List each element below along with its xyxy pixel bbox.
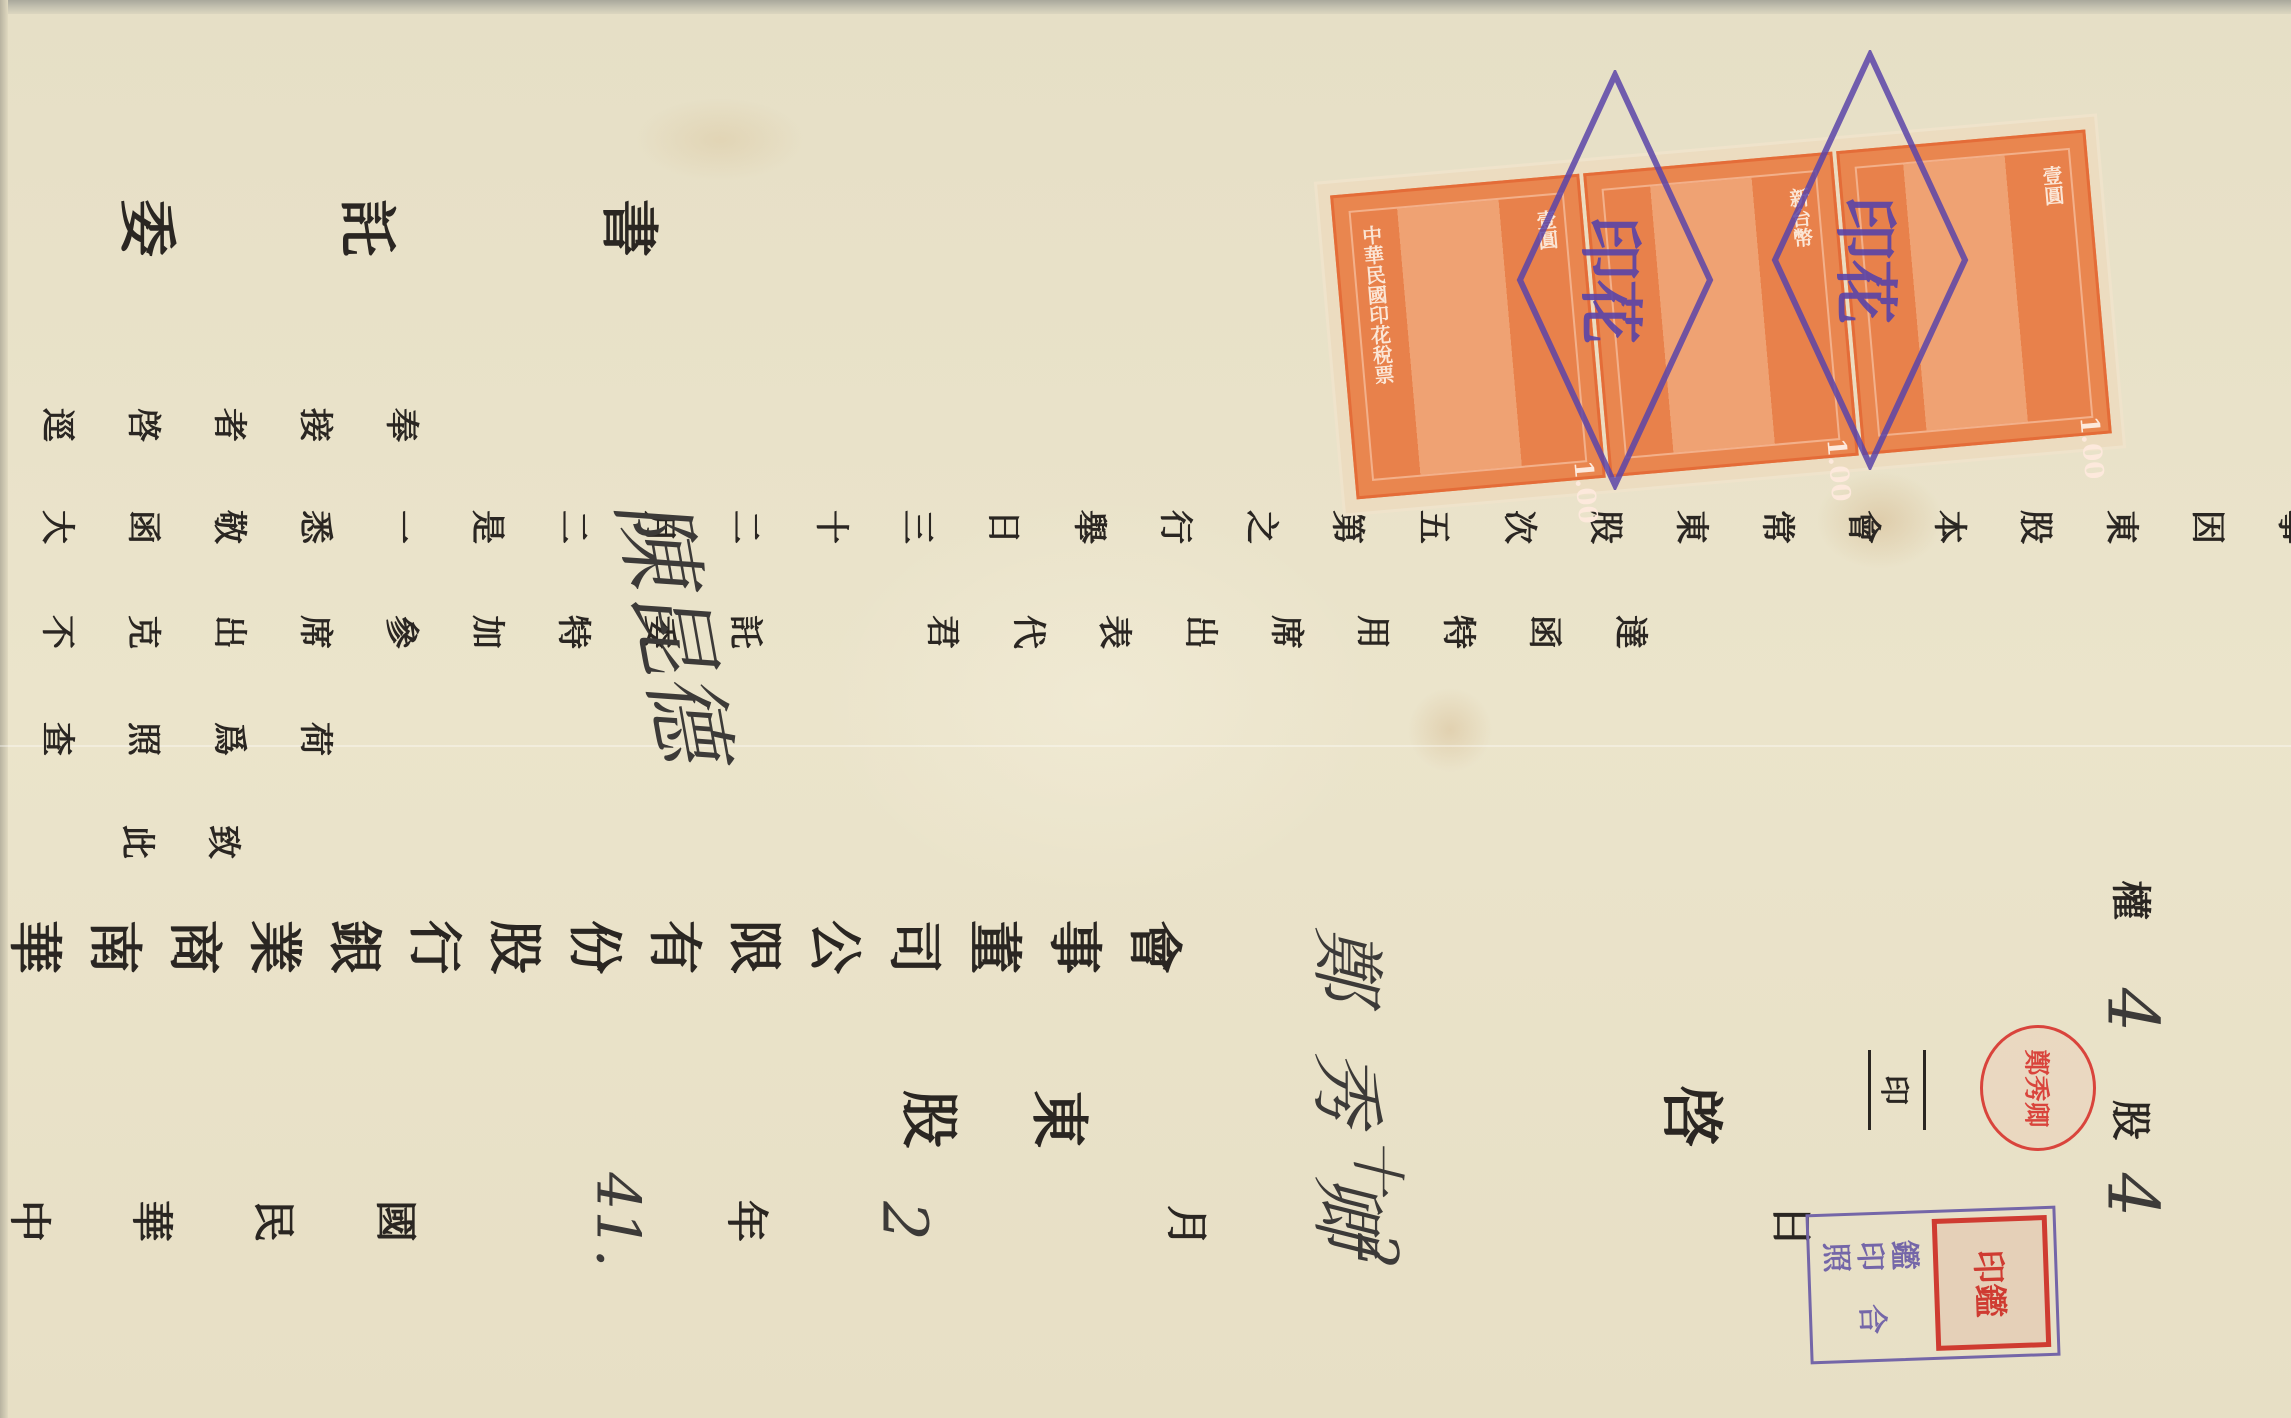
body-char: 克 xyxy=(126,615,160,649)
date-year: 41. xyxy=(588,1172,648,1267)
body-char: 事 xyxy=(2276,510,2291,544)
body-char: 不 xyxy=(40,615,74,649)
body-char: 啓 xyxy=(126,408,160,442)
body-row-3-continued: 君代表出席用特函達 xyxy=(925,615,1647,649)
addressee-char: 股 xyxy=(488,920,542,974)
addressee-char: 有 xyxy=(648,920,702,974)
body-char: 日 xyxy=(986,510,1020,544)
body-char: 舉 xyxy=(1072,510,1106,544)
shares-value: 4 xyxy=(2097,1173,2167,1218)
body-row-2: 大函敬悉一是二月二十三日舉行之第五次股東常會本股東因事 xyxy=(40,510,2291,544)
body-row-5: 此致 xyxy=(120,825,240,859)
body-row-1: 逕啓者接奉 xyxy=(40,408,418,442)
body-char: 加 xyxy=(470,615,504,649)
scan-top-edge xyxy=(0,0,2291,14)
body-char: 二 xyxy=(728,510,762,544)
body-char: 會 xyxy=(1846,510,1880,544)
addressee-char: 司 xyxy=(888,920,942,974)
addressee-char: 商 xyxy=(168,920,222,974)
addressee-char: 公 xyxy=(808,920,862,974)
body-char: 股 xyxy=(2018,510,2052,544)
body-char: 託 xyxy=(728,615,762,649)
body-char: 三 xyxy=(900,510,934,544)
title-char: 書 xyxy=(600,199,658,257)
red-seal-text: 印鑑 xyxy=(1966,1248,2017,1318)
addressee-char: 行 xyxy=(408,920,462,974)
era-char: 華 xyxy=(130,1200,172,1242)
era-char: 民 xyxy=(252,1200,294,1242)
body-char: 用 xyxy=(1355,615,1389,649)
cancel-mark: 印花 xyxy=(1770,50,1970,470)
body-char: 荷 xyxy=(298,722,332,756)
body-char: 行 xyxy=(1158,510,1192,544)
shares-label: 股 xyxy=(2110,1100,2150,1140)
body-char: 次 xyxy=(1502,510,1536,544)
body-char: 因 xyxy=(2190,510,2224,544)
fold-line xyxy=(0,745,2291,747)
addressee-char: 董 xyxy=(968,920,1022,974)
body-char: 席 xyxy=(298,615,332,649)
stamp-value: 1.00 xyxy=(2073,415,2108,481)
addressee-char: 事 xyxy=(1048,920,1102,974)
seal-box-label: 印 xyxy=(1875,1075,1919,1105)
body-char: 之 xyxy=(1244,510,1278,544)
votes-label: 權 xyxy=(2110,880,2150,920)
date-month: 2 xyxy=(874,1201,936,1240)
seal-label-char: 合 xyxy=(1853,1303,1898,1335)
body-char: 二 xyxy=(556,510,590,544)
body-char: 函 xyxy=(126,510,160,544)
addressee-char: 南 xyxy=(88,920,142,974)
body-char: 出 xyxy=(212,615,246,649)
body-char: 接 xyxy=(298,408,332,442)
body-char: 逕 xyxy=(40,408,74,442)
seal-box: 印 xyxy=(1868,1050,1926,1130)
votes-value: 4 xyxy=(2097,988,2167,1033)
body-char: 東 xyxy=(1674,510,1708,544)
body-char: 第 xyxy=(1330,510,1364,544)
body-char: 席 xyxy=(1269,615,1303,649)
verification-seal-label: 照 印 鑑 合 xyxy=(1817,1223,1931,1352)
body-char: 本 xyxy=(1932,510,1966,544)
body-char: 常 xyxy=(1760,510,1794,544)
addressee-char: 業 xyxy=(248,920,302,974)
body-char: 君 xyxy=(925,615,959,649)
stamp-denomination: 壹圓 xyxy=(2036,164,2068,206)
era-char: 中 xyxy=(8,1200,50,1242)
date-month-label: 月 xyxy=(1165,1205,1207,1247)
closing-char: 啓 xyxy=(1660,1085,1722,1147)
shareholder-label-char: 股 xyxy=(900,1090,958,1148)
body-char: 查 xyxy=(40,722,74,756)
round-seal-text: 鄭秀卿 xyxy=(2019,1049,2056,1127)
body-char: 悉 xyxy=(298,510,332,544)
body-char: 此 xyxy=(120,825,154,859)
body-char: 照 xyxy=(126,722,160,756)
addressee-char: 銀 xyxy=(328,920,382,974)
era-char: 國 xyxy=(374,1200,416,1242)
title-char: 委 xyxy=(118,199,176,257)
body-char: 特 xyxy=(1441,615,1475,649)
seal-label-char: 鑑 xyxy=(1884,1239,1929,1271)
date-era: 中華民國 xyxy=(8,1200,416,1242)
body-char: 一 xyxy=(384,510,418,544)
cancel-mark-text: 印花 xyxy=(1569,216,1661,344)
body-char: 五 xyxy=(1416,510,1450,544)
addressee-char: 會 xyxy=(1128,920,1182,974)
body-char: 奉 xyxy=(384,408,418,442)
cancel-mark-text: 印花 xyxy=(1824,196,1916,324)
round-red-seal: 鄭秀卿 xyxy=(1980,1025,2096,1151)
body-char: 出 xyxy=(1183,615,1217,649)
body-char: 十 xyxy=(814,510,848,544)
addressee-company: 華南商業銀行股份有限公司董事會 xyxy=(8,920,1182,974)
addressee-char: 華 xyxy=(8,920,62,974)
verification-seal: 照 印 鑑 合 印鑑 xyxy=(1805,1206,2060,1365)
body-char: 大 xyxy=(40,510,74,544)
body-char: 是 xyxy=(470,510,504,544)
title-char: 託 xyxy=(338,199,396,257)
revenue-stamp-strip: 中華民國印花稅票 壹圓 1.00 新台幣 1.00 壹圓 1.00 xyxy=(1317,117,2123,514)
addressee-char: 份 xyxy=(568,920,622,974)
body-char: 者 xyxy=(212,408,246,442)
body-char: 東 xyxy=(2104,510,2138,544)
body-char: 敬 xyxy=(212,510,246,544)
body-char: 參 xyxy=(384,615,418,649)
body-char: 表 xyxy=(1097,615,1131,649)
cancel-mark: 印花 xyxy=(1515,70,1715,490)
body-char: 爲 xyxy=(212,722,246,756)
addressee-char: 限 xyxy=(728,920,782,974)
body-row-4: 查照爲荷 xyxy=(40,722,332,756)
red-square-seal: 印鑑 xyxy=(1932,1215,2052,1351)
body-char: 致 xyxy=(206,825,240,859)
body-char: 函 xyxy=(1527,615,1561,649)
date-year-label: 年 xyxy=(725,1200,767,1242)
body-char: 達 xyxy=(1613,615,1647,649)
shareholder-label-char: 東 xyxy=(1030,1090,1088,1148)
body-char: 特 xyxy=(556,615,590,649)
date-day: 十2 xyxy=(1348,1137,1404,1309)
body-char: 代 xyxy=(1011,615,1045,649)
